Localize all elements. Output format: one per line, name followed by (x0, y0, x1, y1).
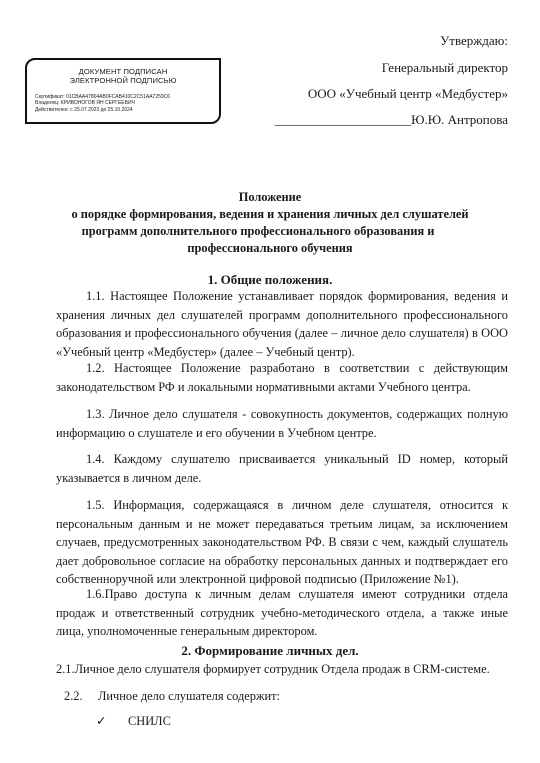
paragraph-1-2: 1.2. Настоящее Положение разработано в с… (56, 359, 508, 396)
title-line4: профессионального обучения (0, 240, 540, 257)
stamp-validity: Действителен: с 25.07.2023 до 25.10.2024 (35, 107, 219, 113)
paragraph-1-4: 1.4. Каждому слушателю присваивается уни… (56, 450, 508, 487)
section-2-heading: 2. Формирование личных дел. (0, 643, 540, 659)
approval-signature: _____________________Ю.Ю. Антропова (275, 112, 508, 128)
checkmark-icon: ✓ (96, 712, 128, 730)
paragraph-2-2: 2.2.Личное дело слушателя содержит: (64, 687, 280, 705)
title-line2: о порядке формирования, ведения и хранен… (0, 206, 540, 223)
paragraph-text: 1.1. Настоящее Положение устанавливает п… (56, 289, 508, 359)
stamp-title: ДОКУМЕНТ ПОДПИСАН ЭЛЕКТРОННОЙ ПОДПИСЬЮ (27, 67, 219, 85)
paragraph-text: 1.4. Каждому слушателю присваивается уни… (56, 452, 508, 485)
paragraph-1-6: 1.6.Право доступа к личным делам слушате… (56, 585, 508, 641)
paragraph-text: 1.3. Личное дело слушателя - совокупност… (56, 407, 508, 440)
signature-line: _____________________ (275, 112, 412, 127)
signer-name: Ю.Ю. Антропова (411, 112, 508, 127)
paragraph-text: 1.6.Право доступа к личным делам слушате… (56, 587, 508, 638)
document-title: Положение о порядке формирования, ведени… (0, 189, 540, 257)
paragraph-2-1: 2.1.Личное дело слушателя формирует сотр… (56, 660, 490, 678)
title-line1: Положение (0, 189, 540, 206)
section-1-heading: 1. Общие положения. (0, 272, 540, 288)
paragraph-text: 1.5. Информация, содержащаяся в личном д… (56, 498, 508, 586)
list-item: ✓СНИЛС (96, 712, 171, 730)
stamp-title-line1: ДОКУМЕНТ ПОДПИСАН (27, 67, 219, 76)
electronic-signature-stamp: ДОКУМЕНТ ПОДПИСАН ЭЛЕКТРОННОЙ ПОДПИСЬЮ С… (25, 58, 221, 124)
approval-position: Генеральный директор (382, 60, 508, 76)
approval-label: Утверждаю: (440, 33, 508, 49)
paragraph-1-5: 1.5. Информация, содержащаяся в личном д… (56, 496, 508, 589)
paragraph-1-1: 1.1. Настоящее Положение устанавливает п… (56, 287, 508, 361)
stamp-title-line2: ЭЛЕКТРОННОЙ ПОДПИСЬЮ (27, 76, 219, 85)
list-item-text: СНИЛС (128, 714, 171, 728)
paragraph-1-3: 1.3. Личное дело слушателя - совокупност… (56, 405, 508, 442)
paragraph-text: 1.2. Настоящее Положение разработано в с… (56, 361, 508, 394)
paragraph-2-2-number: 2.2. (64, 687, 98, 705)
title-line3: программ дополнительного профессионально… (0, 223, 540, 240)
paragraph-2-2-text: Личное дело слушателя содержит: (98, 689, 280, 703)
approval-organization: ООО «Учебный центр «Медбустер» (308, 86, 508, 102)
